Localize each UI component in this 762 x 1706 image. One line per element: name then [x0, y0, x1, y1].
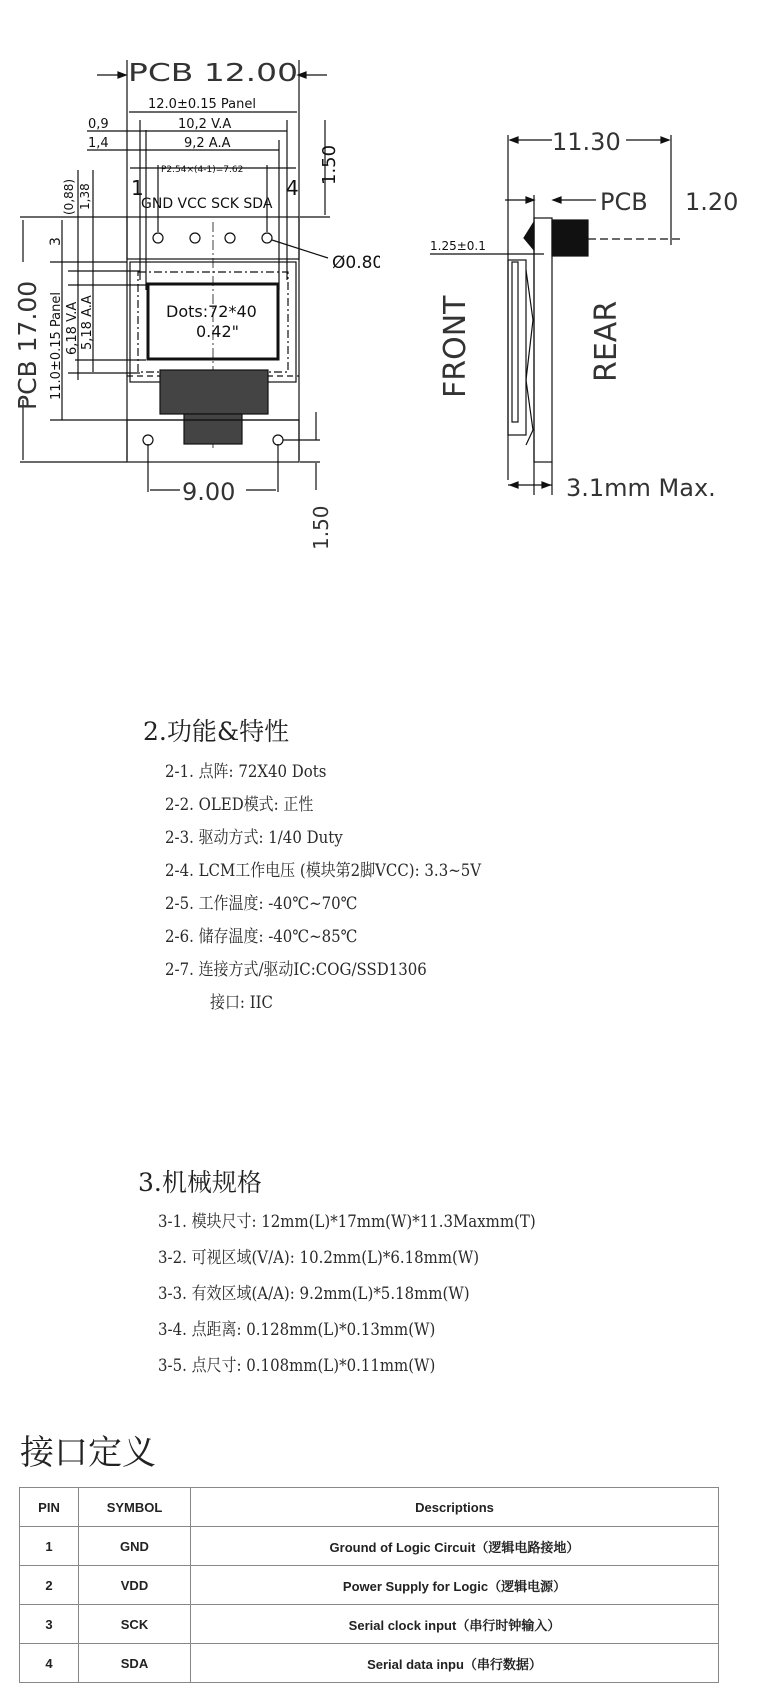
header-pin: PIN: [20, 1488, 79, 1527]
panel-height-label: 11.0±0.15 Panel: [49, 292, 64, 400]
front-view-drawing: PCB 12.00 12.0±0.15 Panel 0,9 1,4 10,2 V…: [0, 0, 380, 560]
spec-item: 2-6. 储存温度: -40℃~85℃: [165, 922, 357, 947]
display-dots-label: Dots:72*40: [166, 302, 257, 321]
side-view-drawing: 11.30 PCB 1.20 1.25±0.1 FRONT REAR 3.1mm…: [380, 100, 762, 500]
desc-cell: Serial data inpu（串行数据）: [191, 1644, 719, 1683]
pcb-height-label: PCB 17.00: [13, 281, 42, 410]
pcb-width-label: PCB 12.00: [128, 58, 298, 87]
symbol-cell: VDD: [79, 1566, 191, 1605]
hole-dia-label: Ø0.80: [332, 253, 380, 273]
glass-thickness-label: 1.25±0.1: [430, 239, 486, 253]
aa-offset-label: 1,4: [88, 136, 109, 151]
pcb-label: PCB: [600, 188, 648, 216]
spec-item: 2-5. 工作温度: -40℃~70℃: [165, 889, 357, 914]
desc-cell: Serial clock input（串行时钟输入）: [191, 1605, 719, 1644]
spec-item: 3-4. 点距离: 0.128mm(L)*0.13mm(W): [158, 1315, 435, 1340]
dim-138-label: 1,38: [78, 183, 92, 210]
spec-item: 接口: IIC: [210, 988, 273, 1013]
header-descriptions: Descriptions: [191, 1488, 719, 1527]
va-width-label: 10,2 V.A: [178, 117, 231, 132]
spec-item: 3-1. 模块尺寸: 12mm(L)*17mm(W)*11.3Maxmm(T): [158, 1207, 536, 1232]
pin-labels: GND VCC SCK SDA: [141, 196, 273, 212]
desc-cell: Power Supply for Logic（逻辑电源）: [191, 1566, 719, 1605]
symbol-cell: SCK: [79, 1605, 191, 1644]
rear-label: REAR: [589, 301, 624, 382]
dim-088-label: (0,88): [62, 179, 76, 215]
section3-title: 3.机械规格: [138, 1163, 262, 1199]
pin-cell: 4: [20, 1644, 79, 1683]
top-margin-label: 1.50: [319, 145, 340, 185]
symbol-cell: GND: [79, 1527, 191, 1566]
panel-width-label: 12.0±0.15 Panel: [148, 97, 256, 112]
hole-spacing-label: 9.00: [182, 478, 235, 506]
desc-cell: Ground of Logic Circuit（逻辑电路接地）: [191, 1527, 719, 1566]
pin-cell: 3: [20, 1605, 79, 1644]
table-row: 1 GND Ground of Logic Circuit（逻辑电路接地）: [20, 1527, 719, 1566]
pin4-label: 4: [286, 176, 299, 200]
spec-item: 2-4. LCM工作电压 (模块第2脚VCC): 3.3~5V: [165, 856, 481, 881]
symbol-cell: SDA: [79, 1644, 191, 1683]
section2-title: 2.功能&特性: [143, 712, 289, 748]
header-symbol: SYMBOL: [79, 1488, 191, 1527]
table-row: 3 SCK Serial clock input（串行时钟输入）: [20, 1605, 719, 1644]
va-offset-label: 0,9: [88, 117, 109, 132]
pin-cell: 2: [20, 1566, 79, 1605]
aa-height-label: 5,18 A.A: [80, 295, 95, 350]
front-label: FRONT: [438, 295, 473, 398]
display-size-label: 0.42": [196, 322, 239, 341]
table-header-row: PIN SYMBOL Descriptions: [20, 1488, 719, 1527]
spec-item: 3-2. 可视区域(V/A): 10.2mm(L)*6.18mm(W): [158, 1243, 479, 1268]
spec-item: 2-2. OLED模式: 正性: [165, 790, 313, 815]
spec-item: 2-3. 驱动方式: 1/40 Duty: [165, 823, 343, 848]
pcb-thickness-label: 1.20: [685, 188, 738, 216]
pin-cell: 1: [20, 1527, 79, 1566]
dim-3-label: 3: [48, 237, 64, 246]
interface-title: 接口定义: [20, 1425, 156, 1474]
va-height-label: 6,18 V.A: [65, 302, 80, 355]
table-row: 2 VDD Power Supply for Logic（逻辑电源）: [20, 1566, 719, 1605]
spec-item: 3-3. 有效区域(A/A): 9.2mm(L)*5.18mm(W): [158, 1279, 470, 1304]
spec-item: 2-1. 点阵: 72X40 Dots: [165, 757, 326, 782]
pitch-label: P2.54×(4-1)=7.62: [161, 165, 243, 175]
bottom-margin-label: 1.50: [309, 505, 333, 550]
total-thickness-label: 11.30: [552, 128, 621, 156]
spec-item: 2-7. 连接方式/驱动IC:COG/SSD1306: [165, 955, 427, 980]
table-row: 4 SDA Serial data inpu（串行数据）: [20, 1644, 719, 1683]
max-thickness-label: 3.1mm Max.: [566, 474, 716, 500]
aa-width-label: 9,2 A.A: [184, 136, 231, 151]
pin-table: PIN SYMBOL Descriptions 1 GND Ground of …: [19, 1487, 719, 1683]
spec-item: 3-5. 点尺寸: 0.108mm(L)*0.11mm(W): [158, 1351, 435, 1376]
